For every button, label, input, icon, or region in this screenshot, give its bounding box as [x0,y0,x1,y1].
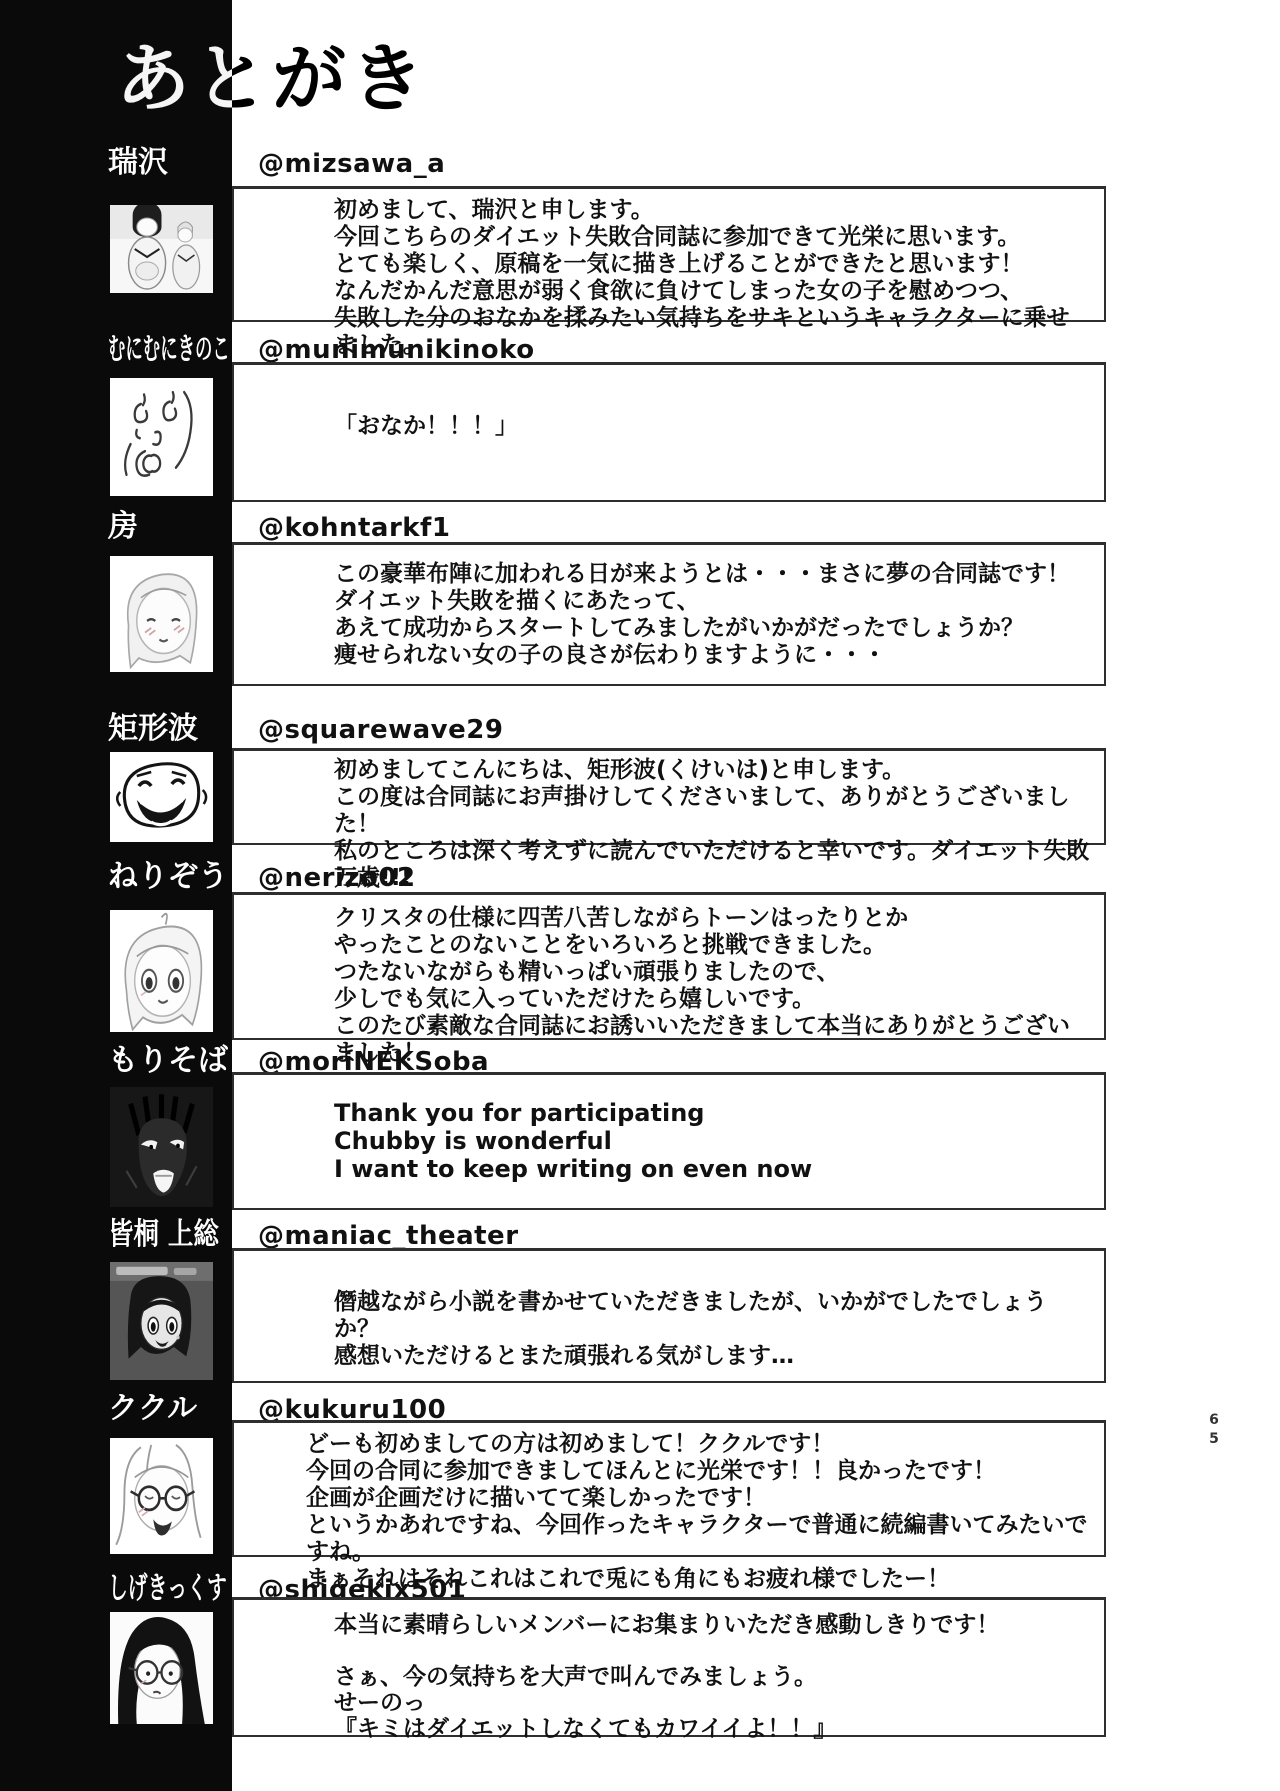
afterword-page: あとがき 瑞沢 @mizsawa_a 初めまして、瑞沢と申します。 今回こちらの… [0,0,1280,1791]
artist-name-munimunikinoko: むにむにきのこ [108,333,230,366]
comment-box: Thank you for participating Chubby is wo… [232,1072,1106,1210]
comment-text-bou: この豪華布陣に加われる日が来ようとは・・・まさに夢の合同誌です！ ダイエット失敗… [234,545,1104,669]
artist-name-shigekix: しげきっくす [108,1572,227,1605]
avatar-kukeiha-laughing-face [110,752,213,842]
page-title: あとがき [116,42,428,116]
artist-name-mizsawa: 瑞沢 [108,146,168,179]
comment-text-kukuru: どーも初めましての方は初めまして！ククルです！ 今回の合同に参加できましてほんと… [234,1423,1104,1593]
artist-name-kukeiha: 矩形波 [108,712,198,745]
twitter-handle-minagiri: @maniac_theater [258,1222,519,1251]
artist-name-minagiri-kazusa: 皆桐 上総 [108,1218,219,1251]
twitter-handle-munimunikinoko: @munimunikinoko [258,336,535,365]
avatar-shigekix-glasses-illustration [110,1612,213,1724]
page-number: 65 [1206,1412,1222,1450]
twitter-handle-mizsawa: @mizsawa_a [258,150,445,179]
avatar-bou-illustration [110,556,213,672]
artist-name-nerizou: ねりぞう [108,860,228,893]
comment-text-munimunikinoko: 「おなか！！！」 [234,365,1104,440]
artist-name-bou: 房 [108,510,138,543]
comment-box: クリスタの仕様に四苦八苦しながらトーンはったりとか やったことのないことをいろい… [232,892,1106,1040]
avatar-munimunikinoko-scribble [110,378,213,496]
avatar-nerizou-illustration [110,910,213,1032]
avatar-morisoba-dark-face [110,1087,213,1207]
avatar-mizsawa-illustration [110,205,213,293]
twitter-handle-bou: @kohntarkf1 [258,514,450,543]
comment-box: 「おなか！！！」 [232,362,1106,502]
comment-box: この豪華布陣に加われる日が来ようとは・・・まさに夢の合同誌です！ ダイエット失敗… [232,542,1106,686]
comment-box: 僭越ながら小説を書かせていただきましたが、いかがでしたでしょうか？ 感想いただけ… [232,1248,1106,1383]
comment-text-shigekix: 本当に素晴らしいメンバーにお集まりいただき感動しきりです！ さぁ、今の気持ちを大… [234,1600,1104,1742]
twitter-handle-nerizou: @nerizo02 [258,864,416,893]
avatar-minagiri-illustration [110,1262,213,1380]
comment-box: 初めましてこんにちは、矩形波(くけいは)と申します。 この度は合同誌にお声掛けし… [232,748,1106,845]
artist-name-kukuru: ククル [108,1392,197,1425]
avatar-kukuru-glasses-illustration [110,1438,213,1554]
comment-box: 初めまして、瑞沢と申します。 今回こちらのダイエット失敗合同誌に参加できて光栄に… [232,186,1106,322]
twitter-handle-kukeiha: @squarewave29 [258,716,503,745]
comment-text-mizsawa: 初めまして、瑞沢と申します。 今回こちらのダイエット失敗合同誌に参加できて光栄に… [234,189,1104,359]
comment-text-nerizou: クリスタの仕様に四苦八苦しながらトーンはったりとか やったことのないことをいろい… [234,895,1104,1067]
comment-box: 本当に素晴らしいメンバーにお集まりいただき感動しきりです！ さぁ、今の気持ちを大… [232,1597,1106,1737]
comment-text-morisoba: Thank you for participating Chubby is wo… [234,1075,1104,1183]
artist-name-morisoba: もりそば [108,1044,228,1077]
comment-text-minagiri: 僭越ながら小説を書かせていただきましたが、いかがでしたでしょうか？ 感想いただけ… [234,1251,1104,1370]
comment-box: どーも初めましての方は初めまして！ククルです！ 今回の合同に参加できましてほんと… [232,1420,1106,1557]
